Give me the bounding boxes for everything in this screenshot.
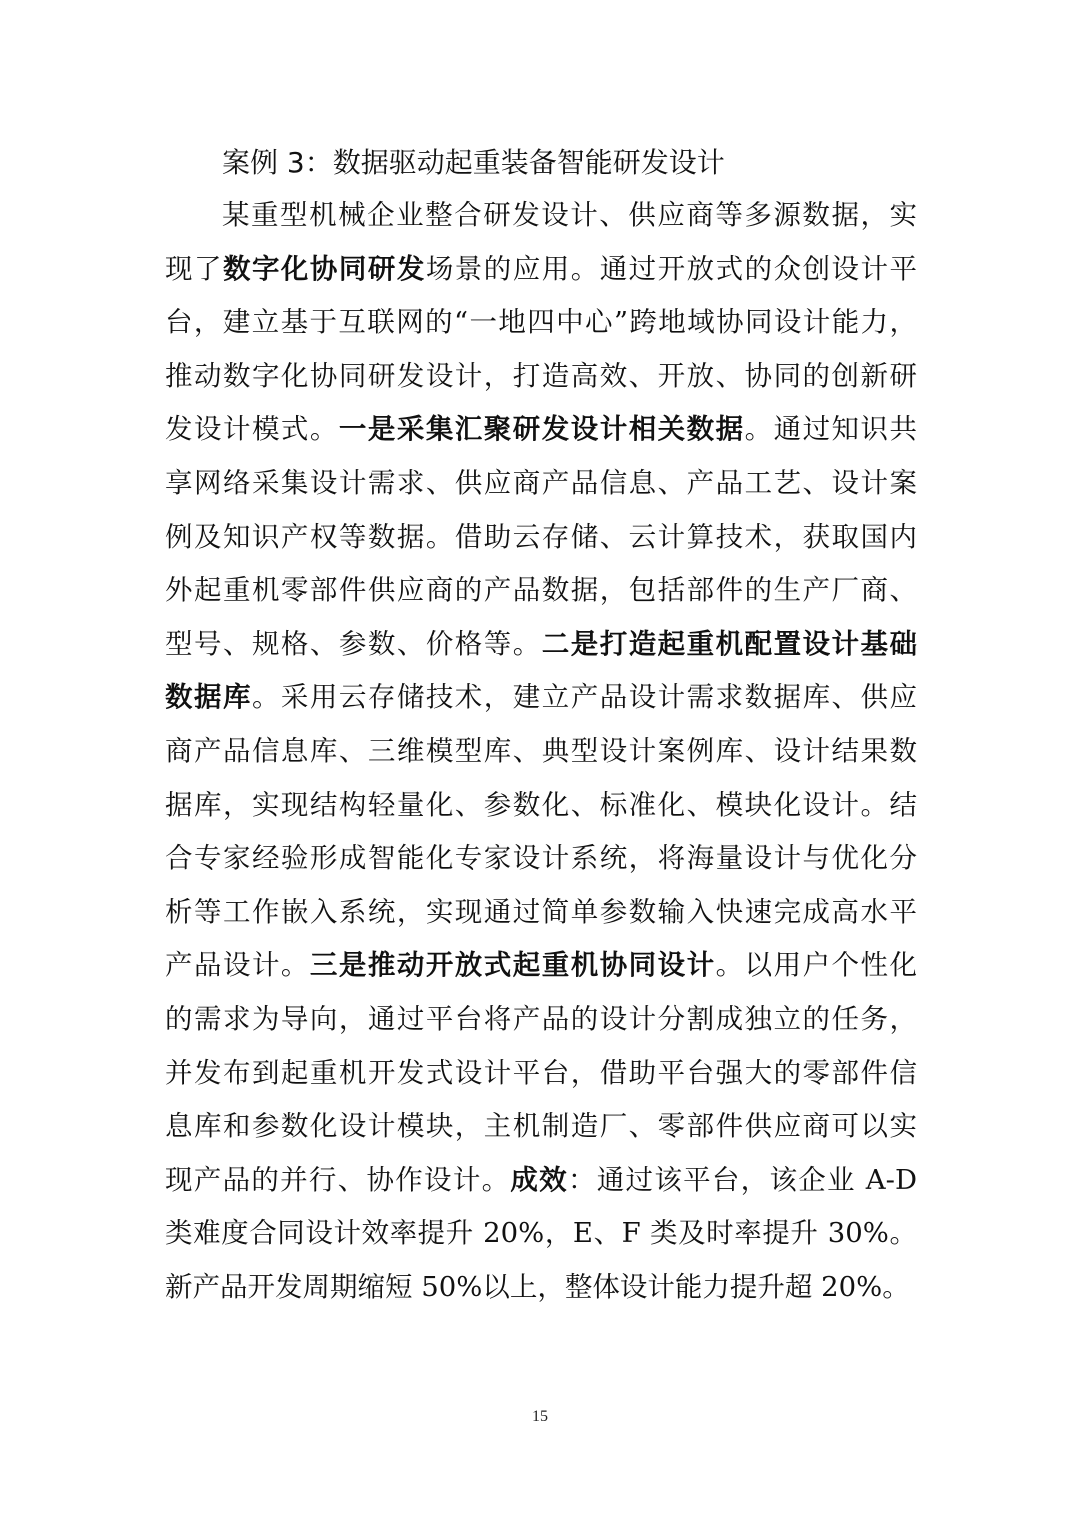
text-span: 推动数字化协同研发设计，打造高效、开放、协同的创新研 (165, 360, 917, 392)
text-span: 。通过知识共 (745, 413, 917, 445)
bold-phrase: 数据库 (165, 681, 252, 713)
text-span: 台，建立基于互联网的“一地四中心”跨地域协同设计能力， (165, 306, 917, 338)
paragraph-line: 推动数字化协同研发设计，打造高效、开放、协同的创新研 (165, 349, 917, 403)
text-span: 合专家经验形成智能化专家设计系统，将海量设计与优化分 (165, 842, 917, 874)
text-span: 型号、规格、参数、价格等。 (165, 628, 542, 660)
paragraph-line: 商产品信息库、三维模型库、典型设计案例库、设计结果数 (165, 724, 917, 778)
bold-phrase: 三是推动开放式起重机协同设计 (310, 949, 716, 981)
bold-phrase: 一是采集汇聚研发设计相关数据 (339, 413, 745, 445)
paragraph-line: 外起重机零部件供应商的产品数据，包括部件的生产厂商、 (165, 563, 917, 617)
paragraph-line: 类难度合同设计效率提升 20%，E、F 类及时率提升 30%。 (165, 1206, 917, 1260)
text-span: 息库和参数化设计模块，主机制造厂、零部件供应商可以实 (165, 1110, 917, 1142)
paragraph-line: 数据库。采用云存储技术，建立产品设计需求数据库、供应 (165, 670, 917, 724)
text-span: 析等工作嵌入系统，实现通过简单参数输入快速完成高水平 (165, 896, 917, 928)
text-span: 商产品信息库、三维模型库、典型设计案例库、设计结果数 (165, 735, 917, 767)
paragraph-line: 例及知识产权等数据。借助云存储、云计算技术，获取国内 (165, 510, 917, 564)
text-span: 产品设计。 (165, 949, 310, 981)
paragraph-line: 并发布到起重机开发式设计平台，借助平台强大的零部件信 (165, 1046, 917, 1100)
paragraph-line: 现产品的并行、协作设计。成效：通过该平台，该企业 A-D (165, 1153, 917, 1207)
text-span: ：通过该平台，该企业 A-D (568, 1164, 917, 1196)
paragraph-line: 合专家经验形成智能化专家设计系统，将海量设计与优化分 (165, 831, 917, 885)
paragraph-line: 析等工作嵌入系统，实现通过简单参数输入快速完成高水平 (165, 885, 917, 939)
paragraph-line: 发设计模式。一是采集汇聚研发设计相关数据。通过知识共 (165, 402, 917, 456)
text-span: 外起重机零部件供应商的产品数据，包括部件的生产厂商、 (165, 574, 917, 606)
text-span: 。采用云存储技术，建立产品设计需求数据库、供应 (252, 681, 917, 713)
page-number: 15 (0, 1408, 1080, 1426)
bold-phrase: 数字化协同研发 (223, 253, 426, 285)
text-span: 并发布到起重机开发式设计平台，借助平台强大的零部件信 (165, 1057, 917, 1089)
paragraph-line: 型号、规格、参数、价格等。二是打造起重机配置设计基础 (165, 617, 917, 671)
paragraph-line: 享网络采集设计需求、供应商产品信息、产品工艺、设计案 (165, 456, 917, 510)
text-span: 某重型机械企业整合研发设计、供应商等多源数据，实 (222, 199, 917, 231)
case-heading: 案例 3：数据驱动起重装备智能研发设计 (222, 136, 725, 190)
text-span: 类难度合同设计效率提升 20%，E、F 类及时率提升 30%。 (165, 1217, 917, 1249)
paragraph-line: 新产品开发周期缩短 50%以上，整体设计能力提升超 20%。 (165, 1260, 917, 1314)
text-span: 场景的应用。通过开放式的众创设计平 (426, 253, 917, 285)
bold-phrase: 二是打造起重机配置设计基础 (542, 628, 917, 660)
text-span: 享网络采集设计需求、供应商产品信息、产品工艺、设计案 (165, 467, 917, 499)
paragraph-line: 台，建立基于互联网的“一地四中心”跨地域协同设计能力， (165, 295, 917, 349)
text-span: 新产品开发周期缩短 50%以上，整体设计能力提升超 20%。 (165, 1271, 910, 1303)
text-span: 。以用户个性化 (716, 949, 917, 981)
paragraph-line: 的需求为导向，通过平台将产品的设计分割成独立的任务， (165, 992, 917, 1046)
text-span: 据库，实现结构轻量化、参数化、标准化、模块化设计。结 (165, 789, 917, 821)
paragraph-line: 据库，实现结构轻量化、参数化、标准化、模块化设计。结 (165, 778, 917, 832)
document-page: 案例 3：数据驱动起重装备智能研发设计 某重型机械企业整合研发设计、供应商等多源… (0, 0, 1080, 1527)
text-span: 现了 (165, 253, 223, 285)
paragraph-line: 某重型机械企业整合研发设计、供应商等多源数据，实 (222, 188, 917, 242)
text-span: 的需求为导向，通过平台将产品的设计分割成独立的任务， (165, 1003, 917, 1035)
paragraph-line: 产品设计。三是推动开放式起重机协同设计。以用户个性化 (165, 938, 917, 992)
text-span: 发设计模式。 (165, 413, 339, 445)
text-span: 现产品的并行、协作设计。 (165, 1164, 510, 1196)
bold-phrase: 成效 (510, 1164, 568, 1196)
text-span: 例及知识产权等数据。借助云存储、云计算技术，获取国内 (165, 521, 917, 553)
paragraph-line: 现了数字化协同研发场景的应用。通过开放式的众创设计平 (165, 242, 917, 296)
paragraph-line: 息库和参数化设计模块，主机制造厂、零部件供应商可以实 (165, 1099, 917, 1153)
